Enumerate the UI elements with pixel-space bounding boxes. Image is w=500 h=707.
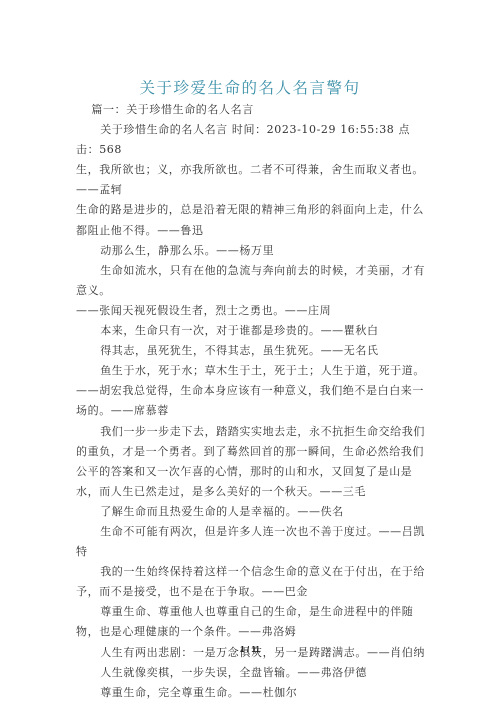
meta-line: 关于珍惜生命的名人名言 时间：2023-10-29 16:55:38 点击：56…	[76, 120, 426, 160]
document-body: 篇一：关于珍惜生命的名人名言 关于珍惜生命的名人名言 时间：2023-10-29…	[76, 100, 426, 703]
quote-paragraph: 生命不可能有两次，但是许多人连一次也不善于度过。——吕凯特	[76, 522, 426, 562]
quote-paragraph: 了解生命而且热爱生命的人是幸福的。——佚名	[76, 502, 426, 522]
quote-paragraph: 我们一步一步走下去，踏踏实实地去走，永不抗拒生命交给我们的重负，才是一个勇者。到…	[76, 422, 426, 502]
quote-paragraph: 生命如流水，只有在他的急流与奔向前去的时候，才美丽，才有意义。	[76, 261, 426, 301]
section-heading: 篇一：关于珍惜生命的名人名言	[76, 100, 426, 120]
quote-paragraph: 尊重生命，完全尊重生命。——杜伽尔	[76, 683, 426, 703]
quote-paragraph: 人生就像奕棋，一步失误，全盘皆输。——弗洛伊德	[76, 663, 426, 683]
quote-paragraph: 尊重生命、尊重他人也尊重自己的生命，是生命进程中的伴随物，也是心理健康的一个条件…	[76, 602, 426, 642]
quote-paragraph: 我的一生始终保持着这样一个信念生命的意义在于付出，在于给予，而不是接受，也不是在…	[76, 562, 426, 602]
quote-paragraph: ——张闻天视死假设生者，烈士之勇也。——庄周	[76, 301, 426, 321]
document-page: 关于珍爱生命的名人名言警句 篇一：关于珍惜生命的名人名言 关于珍惜生命的名人名言…	[0, 0, 500, 707]
quote-paragraph: 得其志，虽死犹生，不得其志，虽生犹死。——无名氏	[76, 341, 426, 361]
document-title: 关于珍爱生命的名人名言警句	[0, 76, 500, 98]
quote-paragraph: 生，我所欲也；义，亦我所欲也。二者不可得兼，舍生而取义者也。——孟轲	[76, 160, 426, 200]
page-indicator: 1 / 11	[0, 645, 500, 654]
quote-paragraph: 本来，生命只有一次，对于谁都是珍贵的。——瞿秋白	[76, 321, 426, 341]
quote-paragraph: 动那么生，静那么乐。——杨万里	[76, 241, 426, 261]
quote-paragraph: 生命的路是进步的，总是沿着无限的精神三角形的斜面向上走，什么都阻止他不得。——鲁…	[76, 200, 426, 240]
quote-paragraph: 鱼生于水，死于水；草木生于土，死于土；人生于道，死于道。——胡宏我总觉得，生命本…	[76, 361, 426, 421]
